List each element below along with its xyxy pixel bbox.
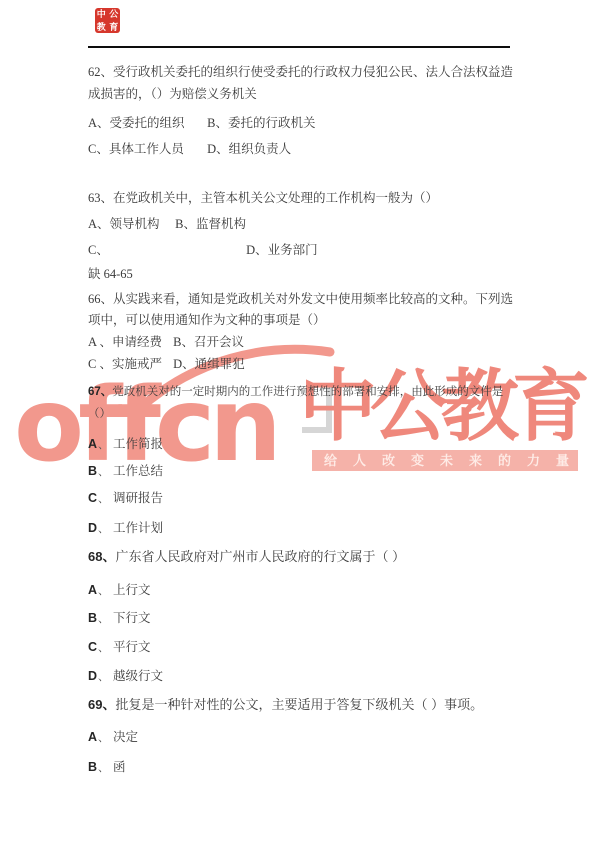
option-letter: A	[88, 583, 97, 597]
question-67-option-b: B、工作总结	[88, 464, 528, 479]
stamp-char: 教	[97, 22, 106, 32]
option-letter: C	[88, 640, 97, 654]
option-a: A、受委托的组织	[88, 112, 204, 134]
stamp-char: 中	[97, 9, 106, 19]
option-text: 上行文	[113, 583, 151, 597]
option-separator: 、	[97, 585, 113, 597]
question-67-text: 67、党政机关对的一定时期内的工作进行预想性的部署和安排，由此形成的文件是 （）	[88, 381, 528, 425]
option-letter: B	[88, 760, 97, 774]
option-text: 决定	[113, 730, 138, 744]
option-text: 工作总结	[113, 464, 163, 478]
option-separator: 、	[97, 613, 113, 625]
question-63-options-cd: C、 D、业务部门	[88, 239, 528, 261]
option-separator: 、	[97, 439, 113, 451]
option-letter: B	[88, 464, 97, 478]
question-68-option-b: B、下行文	[88, 611, 528, 626]
question-67: 67、党政机关对的一定时期内的工作进行预想性的部署和安排，由此形成的文件是 （）…	[88, 381, 528, 536]
question-67-option-a: A、工作简报	[88, 437, 528, 452]
question-68: 68、广东省人民政府对广州市人民政府的行文属于（ ） A、上行文 B、下行文 C…	[88, 549, 528, 684]
option-letter: D	[88, 669, 97, 683]
question-67-body: 党政机关对的一定时期内的工作进行预想性的部署和安排，由此形成的文件是 （）	[88, 386, 503, 420]
option-letter: A	[88, 730, 97, 744]
option-text: 下行文	[113, 611, 151, 625]
question-68-option-d: D、越级行文	[88, 669, 528, 684]
option-separator: 、	[97, 732, 113, 744]
header-divider	[88, 46, 510, 48]
option-b: B、委托的行政机关	[207, 112, 315, 134]
question-63-options-ab: A、领导机构 B、监督机构	[88, 213, 528, 235]
option-letter: C	[88, 491, 97, 505]
option-text: 调研报告	[113, 491, 163, 505]
question-68-body: 广东省人民政府对广州市人民政府的行文属于（ ）	[115, 549, 405, 564]
question-62: 62、受行政机关委托的组织行使受委托的行政权力侵犯公民、法人合法权益造 成损害的…	[88, 61, 528, 160]
option-letter: D	[88, 521, 97, 535]
option-c: C、具体工作人员	[88, 138, 204, 160]
option-a: A、领导机构	[88, 213, 172, 235]
exam-page: 中 公 教 育 offcn 中公教育 给人改变未来的力量 62、受行政机关委托的…	[0, 0, 595, 841]
option-d: D、业务部门	[246, 239, 318, 261]
question-67-number: 67、	[88, 386, 112, 398]
option-separator: 、	[97, 493, 113, 505]
option-separator: 、	[97, 642, 113, 654]
question-69: 69、批复是一种针对性的公文，主要适用于答复下级机关（ ）事项。 A、决定 B、…	[88, 697, 528, 775]
question-66-options-ab: A 、申请经费 B、召开会议	[88, 332, 528, 353]
brand-stamp-icon: 中 公 教 育	[95, 8, 120, 33]
question-67-option-c: C、调研报告	[88, 491, 528, 506]
stamp-char: 公	[109, 9, 118, 19]
option-d: D、通缉罪犯	[173, 354, 245, 375]
option-text: 工作计划	[113, 521, 163, 535]
option-separator: 、	[97, 671, 113, 683]
stamp-char: 育	[109, 22, 118, 32]
question-63: 63、在党政机关中，主管本机关公文处理的工作机构一般为（） A、领导机构 B、监…	[88, 187, 528, 261]
question-69-text: 69、批复是一种针对性的公文，主要适用于答复下级机关（ ）事项。	[88, 697, 528, 712]
question-63-text: 63、在党政机关中，主管本机关公文处理的工作机构一般为（）	[88, 187, 528, 209]
question-62-options-ab: A、受委托的组织 B、委托的行政机关	[88, 112, 528, 134]
option-text: 函	[113, 760, 126, 774]
question-68-option-c: C、平行文	[88, 640, 528, 655]
question-69-body: 批复是一种针对性的公文，主要适用于答复下级机关（ ）事项。	[115, 697, 483, 712]
question-62-text: 62、受行政机关委托的组织行使受委托的行政权力侵犯公民、法人合法权益造 成损害的…	[88, 61, 528, 105]
question-68-text: 68、广东省人民政府对广州市人民政府的行文属于（ ）	[88, 549, 528, 564]
option-text: 工作简报	[113, 437, 163, 451]
question-62-options-cd: C、具体工作人员 D、组织负责人	[88, 138, 528, 160]
option-text: 平行文	[113, 640, 151, 654]
question-66-options-cd: C 、实施戒严 D、通缉罪犯	[88, 354, 528, 375]
question-69-number: 69、	[88, 697, 115, 712]
option-letter: A	[88, 437, 97, 451]
option-text: 越级行文	[113, 669, 163, 683]
question-69-option-b: B、函	[88, 760, 528, 775]
option-letter: B	[88, 611, 97, 625]
question-67-option-d: D、工作计划	[88, 521, 528, 536]
question-66: 66、从实践来看，通知是党政机关对外发文中使用频率比较高的文种。下列选 项中，可…	[88, 289, 528, 375]
missing-questions-note: 缺 64-65	[88, 263, 528, 285]
question-68-number: 68、	[88, 549, 115, 564]
question-69-option-a: A、决定	[88, 730, 528, 745]
option-c: C、	[88, 239, 243, 261]
option-d: D、组织负责人	[207, 138, 291, 160]
option-b: B、监督机构	[175, 213, 246, 235]
question-68-option-a: A、上行文	[88, 583, 528, 598]
option-separator: 、	[97, 523, 113, 535]
question-66-text: 66、从实践来看，通知是党政机关对外发文中使用频率比较高的文种。下列选 项中，可…	[88, 289, 528, 331]
questions-area: 62、受行政机关委托的组织行使受委托的行政权力侵犯公民、法人合法权益造 成损害的…	[88, 48, 528, 775]
option-separator: 、	[97, 762, 113, 774]
option-separator: 、	[97, 466, 113, 478]
option-b: B、召开会议	[173, 332, 244, 353]
option-a: A 、申请经费	[88, 332, 170, 353]
option-c: C 、实施戒严	[88, 354, 170, 375]
